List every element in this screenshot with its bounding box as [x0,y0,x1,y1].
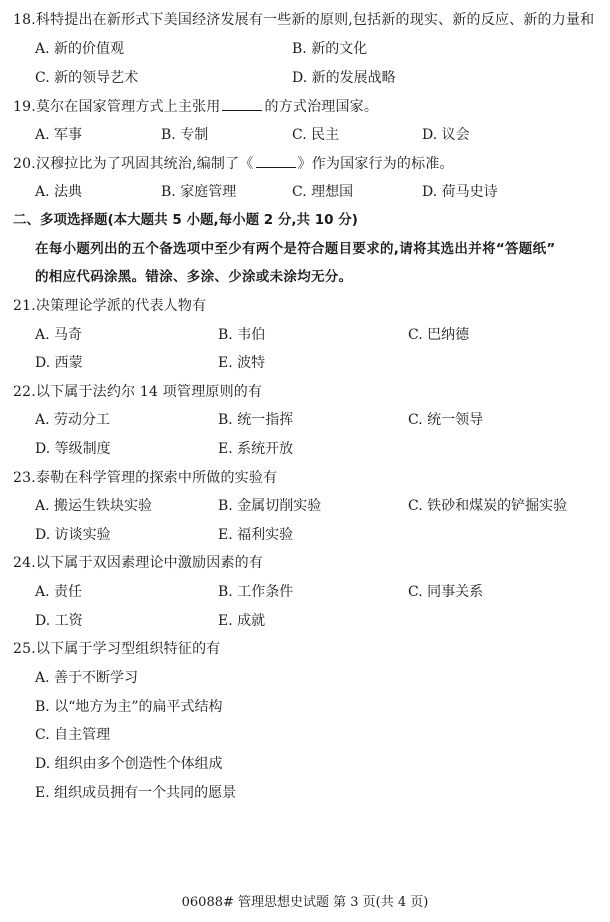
question-text: 泰勒在科学管理的探索中所做的实验有 [36,470,277,486]
question-number: 21. [13,298,36,314]
question-24-stem: 24.以下属于双因素理论中激励因素的有 [13,553,263,573]
question-19-option-b: B. 专制 [161,125,208,145]
question-25-stem: 25.以下属于学习型组织特征的有 [13,639,220,659]
question-23-option-a: A. 搬运生铁块实验 [35,496,152,516]
question-23-option-b: B. 金属切削实验 [218,496,321,516]
question-number: 24. [13,555,36,571]
question-22-option-c: C. 统一领导 [408,410,483,430]
question-24-option-a: A. 责任 [35,582,82,602]
section-instruction-line-1: 在每小题列出的五个备选项中至少有两个是符合题目要求的,请将其选出并将“答题纸” [35,239,556,259]
question-25-option-c: C. 自主管理 [35,725,110,745]
question-23-stem: 23.泰勒在科学管理的探索中所做的实验有 [13,468,277,488]
question-18-option-b: B. 新的文化 [292,39,367,59]
question-24-option-d: D. 工资 [35,611,83,631]
question-text-before: 莫尔在国家管理方式上主张用 [36,99,221,115]
question-20-stem: 20.汉穆拉比为了巩固其统治,编制了《》作为国家行为的标准。 [13,153,454,173]
exam-page: 18.科特提出在新形式下美国经济发展有一些新的原则,包括新的现实、新的反应、新的… [0,0,610,922]
question-25-option-b: B. 以“地方为主”的扁平式结构 [35,697,223,717]
question-25-option-d: D. 组织由多个创造性个体组成 [35,754,223,774]
question-18-option-d: D. 新的发展战略 [292,68,396,88]
question-21-option-b: B. 韦伯 [218,325,265,345]
question-22-option-e: E. 系统开放 [218,439,293,459]
question-number: 23. [13,470,36,486]
question-number: 25. [13,641,36,657]
question-number: 18. [13,12,36,28]
question-text-after: 》作为国家行为的标准。 [298,156,454,172]
question-21-option-c: C. 巴纳德 [408,325,469,345]
question-19-stem: 19.莫尔在国家管理方式上主张用的方式治理国家。 [13,96,378,116]
question-21-option-d: D. 西蒙 [35,353,83,373]
question-22-option-b: B. 统一指挥 [218,410,293,430]
question-23-option-e: E. 福利实验 [218,525,293,545]
question-number: 22. [13,384,36,400]
question-18-option-c: C. 新的领导艺术 [35,68,138,88]
question-20-option-d: D. 荷马史诗 [422,182,498,202]
section-title: 二、多项选择题(本大题共 5 小题,每小题 2 分,共 10 分) [13,210,358,230]
question-22-option-d: D. 等级制度 [35,439,111,459]
question-text-before: 汉穆拉比为了巩固其统治,编制了《 [36,156,254,172]
question-22-stem: 22.以下属于法约尔 14 项管理原则的有 [13,382,262,402]
question-text-after: 的方式治理国家。 [264,99,378,115]
question-23-option-c: C. 铁砂和煤炭的铲掘实验 [408,496,567,516]
question-24-option-c: C. 同事关系 [408,582,483,602]
question-20-option-c: C. 理想国 [292,182,353,202]
question-25-option-a: A. 善于不断学习 [35,668,138,688]
question-21-stem: 21.决策理论学派的代表人物有 [13,296,206,316]
page-footer: 06088# 管理思想史试题 第 3 页(共 4 页) [0,893,610,913]
question-text: 以下属于学习型组织特征的有 [36,641,221,657]
fill-blank [256,153,296,168]
question-number: 20. [13,156,36,172]
fill-blank [222,96,262,111]
question-23-option-d: D. 访谈实验 [35,525,111,545]
question-text: 以下属于双因素理论中激励因素的有 [36,555,263,571]
question-18-stem: 18.科特提出在新形式下美国经济发展有一些新的原则,包括新的现实、新的反应、新的… [13,10,594,30]
section-instruction-line-2: 的相应代码涂黑。错涂、多涂、少涂或未涂均无分。 [35,267,352,287]
question-22-option-a: A. 劳动分工 [35,410,110,430]
question-text: 决策理论学派的代表人物有 [36,298,206,314]
question-19-option-c: C. 民主 [292,125,339,145]
question-19-option-a: A. 军事 [35,125,82,145]
question-18-option-a: A. 新的价值观 [35,39,124,59]
question-25-option-e: E. 组织成员拥有一个共同的愿景 [35,783,236,803]
question-number: 19. [13,99,36,115]
question-text: 科特提出在新形式下美国经济发展有一些新的原则,包括新的现实、新的反应、新的力量和 [36,12,594,28]
question-19-option-d: D. 议会 [422,125,470,145]
question-20-option-a: A. 法典 [35,182,82,202]
question-24-option-b: B. 工作条件 [218,582,293,602]
question-20-option-b: B. 家庭管理 [161,182,236,202]
question-21-option-e: E. 波特 [218,353,265,373]
question-text: 以下属于法约尔 14 项管理原则的有 [36,384,262,400]
question-21-option-a: A. 马奇 [35,325,82,345]
question-24-option-e: E. 成就 [218,611,265,631]
